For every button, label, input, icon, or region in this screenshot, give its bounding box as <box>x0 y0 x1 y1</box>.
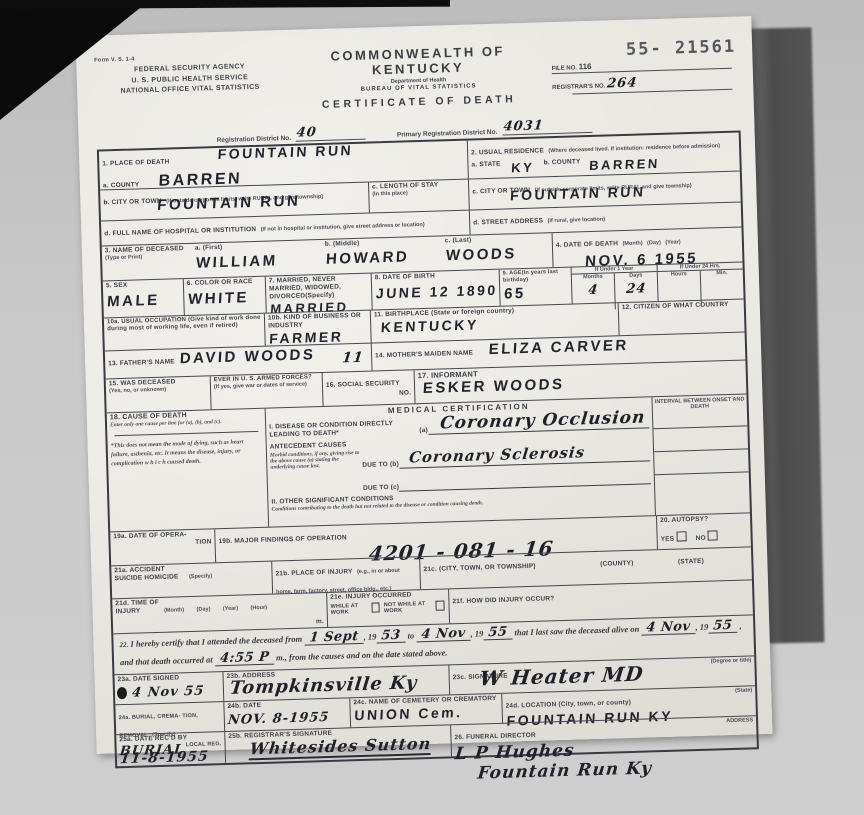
certificate-title: CERTIFICATE OF DEATH <box>285 92 552 112</box>
ink-blob <box>117 687 127 699</box>
date-of-birth-value: JUNE 12 1890 <box>375 282 498 302</box>
informant-value: ESKER WOODS <box>422 376 565 397</box>
date-recd-value: 11-8-1955 <box>119 749 210 768</box>
residence-city-value: FOUNTAIN RUN <box>510 183 646 203</box>
usual-residence-label: 2. USUAL RESIDENCE <box>471 147 544 156</box>
certify-c1: , 19 <box>363 632 376 642</box>
date-of-death-day: (Day) <box>647 240 661 246</box>
usual-residence-sub: (Where deceased lived. If institution: r… <box>548 143 720 154</box>
certify-year2: 55 <box>488 626 509 640</box>
interval-label: INTERVAL BETWEEN ONSET AND DEATH <box>652 394 746 411</box>
while-at-work-checkbox <box>371 602 380 612</box>
funeral-director-address-value: Fountain Run Ky <box>476 758 653 783</box>
certify-alive-value: 4 Nov <box>646 620 692 634</box>
first-name-value: WILLIAM <box>196 252 279 271</box>
cause-of-death-note2: *This does not mean the mode of dying, s… <box>111 438 264 469</box>
disease-leading-label: I. DISEASE OR CONDITION DIRECTLY LEADING… <box>269 420 419 440</box>
certify-text-3: that I last saw the deceased alive on <box>514 624 639 638</box>
residence-county-label: b. COUNTY <box>544 158 581 174</box>
cause-b-value: Coronary Sclerosis <box>408 443 586 466</box>
occupation-label: 10a. USUAL OCCUPATION (Give kind of work… <box>107 315 261 334</box>
primary-district-value: 4031 <box>502 117 594 136</box>
autopsy-no-checkbox <box>708 530 718 540</box>
certify-year3: 55 <box>713 619 734 633</box>
ssn-no-label: NO. <box>326 389 411 399</box>
injury-day: (Day) <box>197 606 211 612</box>
photo-top-edge <box>0 0 450 9</box>
date-of-birth-label: 8. DATE OF BIRTH <box>375 271 496 282</box>
date-of-death-year: (Year) <box>665 239 680 245</box>
residence-state-label: a. STATE <box>471 161 501 177</box>
injury-county-label: (COUNTY) <box>600 560 634 568</box>
file-stamp-number: 55- 21561 <box>626 37 737 60</box>
injury-city-label: 21c. (CITY, TOWN, OR TOWNSHIP) <box>423 563 535 573</box>
race-label: 6. COLOR OR RACE <box>187 278 262 288</box>
hours-label: Hours <box>658 271 700 279</box>
certify-text-1: I hereby certify that I attended the dec… <box>130 634 302 649</box>
name-of-deceased-sub: (Type or Print) <box>105 253 189 262</box>
injury-hour: (Hour) <box>250 605 267 611</box>
mother-name-value: ELIZA CARVER <box>488 337 629 358</box>
residence-county-value: BARREN <box>589 156 660 173</box>
certify-time-value: 4:55 P <box>219 651 270 666</box>
date-signed-label: 23a. DATE SIGNED <box>118 673 220 684</box>
father-name-value: DAVID WOODS <box>179 346 315 367</box>
days-label: Days <box>615 272 657 280</box>
citizen-label: 12. CITIZEN OF WHAT COUNTRY <box>622 301 741 312</box>
time-of-injury-label: 21d. TIME OF INJURY <box>115 599 159 616</box>
last-name-value: WOODS <box>445 245 517 264</box>
street-address-sub: (If rural, give location) <box>548 217 606 225</box>
burial-date-value: NOV. 8-1955 <box>227 710 330 728</box>
certify-from-value: 1 Sept <box>309 630 360 645</box>
middle-name-value: HOWARD <box>325 248 409 268</box>
not-while-at-work-checkbox <box>436 600 445 610</box>
sex-label: 5. SEX <box>106 280 180 290</box>
reg-district-value: 40 <box>296 124 368 142</box>
certify-year1: 53 <box>381 629 402 643</box>
marital-status-label: 7. MARRIED, NEVER MARRIED, WIDOWED, DIVO… <box>269 275 369 301</box>
autopsy-no-label: NO <box>696 535 706 542</box>
certificate-form: 1. PLACE OF DEATH FOUNTAIN RUN a. COUNTY… <box>97 130 759 768</box>
hospital-label: d. FULL NAME OF HOSPITAL OR INSTITUTION <box>104 226 256 238</box>
sex-value: MALE <box>107 292 160 311</box>
autopsy-yes-checkbox <box>676 531 686 541</box>
registrar-no-label: REGISTRAR'S NO. <box>552 83 605 91</box>
age-value: 65 <box>504 285 527 303</box>
certify-c2: , 19 <box>470 628 483 638</box>
father-name-label: 13. FATHER'S NAME <box>108 358 175 367</box>
funeral-director-label: 26. FUNERAL DIRECTOR <box>454 732 536 741</box>
min-label: Min. <box>701 270 743 278</box>
due-to-c-label: DUE TO (c) <box>363 484 399 493</box>
registrar-no-value: 264 <box>606 76 638 92</box>
place-of-death-label: 1. PLACE OF DEATH <box>102 158 169 167</box>
injury-month: (Month) <box>164 607 184 614</box>
months-value: 4 <box>587 282 599 297</box>
father-cell-mark: 11 <box>341 350 364 367</box>
injury-state-label: (STATE) <box>678 558 704 566</box>
date-of-death-month: (Month) <box>622 240 642 247</box>
disease-a-tag: (a) <box>419 427 428 435</box>
reg-district-label: Registration District No. <box>217 135 292 144</box>
how-injury-label: 21f. HOW DID INJURY OCCUR? <box>452 595 554 605</box>
morbid-note: Morbid conditions, if any, giving rise t… <box>270 450 363 496</box>
file-no-value: 116 <box>579 62 592 71</box>
city-town-label: b. CITY OR TOWN <box>103 198 162 207</box>
certify-to-value: 4 Nov <box>421 627 467 641</box>
accident-spec: (Specify) <box>189 573 212 580</box>
autopsy-label: 20. AUTOPSY? <box>660 514 747 524</box>
first-name-label: a. (First) <box>195 241 319 252</box>
physician-address-value: Tompkinsville Ky <box>229 672 419 699</box>
accident-label: 21a. ACCIDENT SUICIDE HOMICIDE <box>114 565 184 583</box>
certify-num: 22. <box>119 641 128 649</box>
burial-location-state-label: (State) <box>735 687 752 694</box>
while-at-work-label: WHILE AT WORK <box>330 603 369 617</box>
certify-text-2: to <box>407 630 414 640</box>
age-label: 9. AGE(In years last birthday) <box>503 269 568 284</box>
business-label: 10b. KIND OF BUSINESS OR INDUSTRY <box>268 312 367 331</box>
date-of-death-label: 4. DATE OF DEATH <box>556 240 618 249</box>
file-no-label: FILE NO. <box>552 65 578 72</box>
major-findings-label: 19b. MAJOR FINDINGS OF OPERATION <box>218 534 347 545</box>
middle-name-label: b. (Middle) <box>325 238 439 249</box>
certify-c3: , 19 <box>695 622 708 632</box>
degree-or-title-label: (Degree or title) <box>711 657 752 665</box>
city-town-value: FOUNTAIN RUN <box>157 193 301 214</box>
place-of-injury-label: 21b. PLACE OF INJURY <box>275 568 352 577</box>
hospital-sub: (If not in hospital or institution, give… <box>261 222 425 233</box>
funeral-director-address-label: ADDRESS <box>726 717 753 724</box>
last-name-label: c. (Last) <box>445 234 549 245</box>
burial-location-label: 24d. LOCATION (City, town, or county) <box>505 699 631 710</box>
cemetery-value: UNION Cem. <box>354 704 463 723</box>
street-address-label: d. STREET ADDRESS <box>473 217 543 226</box>
certify-text-5: m., from the causes and on the date stat… <box>276 647 448 662</box>
residence-state-value: KY <box>511 160 535 176</box>
ssn-label: 16. SOCIAL SECURITY <box>326 380 400 389</box>
injury-year: (Year) <box>223 606 238 612</box>
birthplace-value: KENTUCKY <box>380 316 479 335</box>
place-of-death-value: FOUNTAIN RUN <box>217 142 353 162</box>
not-while-at-work-label: NOT WHILE AT WORK <box>384 601 435 616</box>
physician-signature-value: W Heater MD <box>478 662 645 691</box>
days-value: 24 <box>625 281 647 297</box>
date-signed-value: 4 Nov 55 <box>131 683 205 700</box>
months-label: Months <box>572 274 614 282</box>
death-certificate-document: Form V. S. 1-4 FEDERAL SECURITY AGENCY U… <box>75 16 772 754</box>
autopsy-yes-label: YES <box>661 535 675 542</box>
mother-name-label: 14. MOTHER'S MAIDEN NAME <box>375 350 473 360</box>
due-to-b-label: DUE TO (b) <box>362 461 399 470</box>
registrar-signature-value: Whitesides Sutton <box>249 734 433 760</box>
race-value: WHITE <box>188 289 250 308</box>
